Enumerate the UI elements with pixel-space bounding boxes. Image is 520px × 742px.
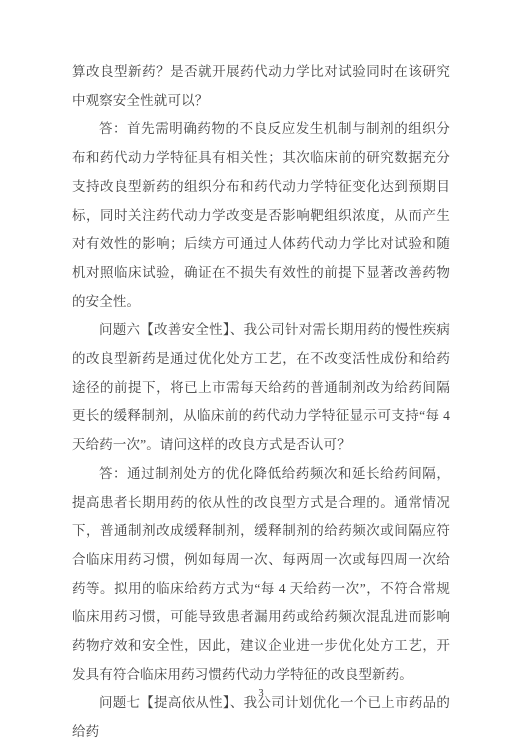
page-number: 3	[72, 688, 450, 700]
answer-6-paragraph: 答：通过制剂处方的优化降低给药频次和延长给药间隔，提高患者长期用药的依从性的改良…	[72, 460, 450, 690]
document-page: 算改良型新药？是否就开展药代动力学比对试验同时在该研究中观察安全性就可以？ 答：…	[0, 0, 520, 742]
answer-paragraph: 答：首先需明确药物的不良反应发生机制与制剂的组织分布和药代动力学特征具有相关性；…	[72, 115, 450, 316]
question-6-paragraph: 问题六【改善安全性】、我公司针对需长期用药的慢性疾病的改良型新药是通过优化处方工…	[72, 316, 450, 460]
document-body-text: 算改良型新药？是否就开展药代动力学比对试验同时在该研究中观察安全性就可以？ 答：…	[72, 58, 450, 742]
question-continuation-paragraph: 算改良型新药？是否就开展药代动力学比对试验同时在该研究中观察安全性就可以？	[72, 58, 450, 115]
